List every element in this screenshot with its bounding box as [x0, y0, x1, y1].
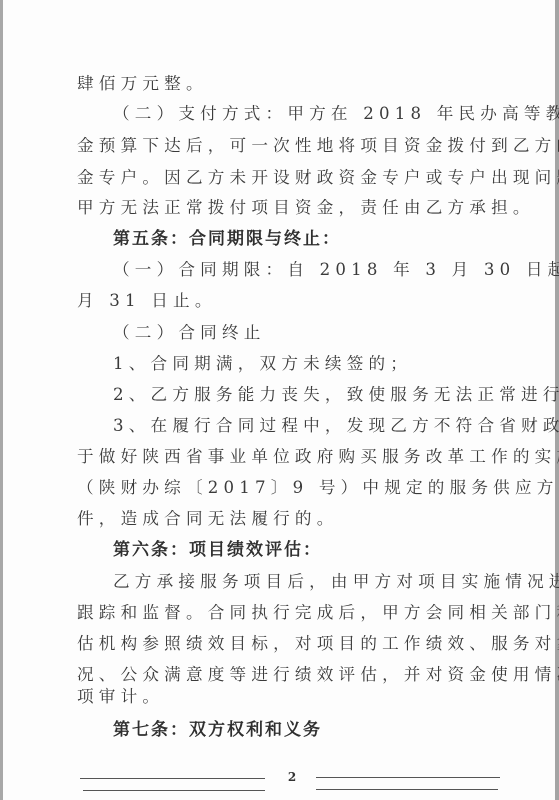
text-line: （一）合同期限：自 2018 年 3 月 30 日起至 2019 年 12 — [113, 258, 533, 282]
text-line: 跟踪和监督。合同执行完成后，甲方会同相关部门和社会评 — [77, 601, 497, 625]
section-heading-article-7: 第七条：双方权利和义务 — [113, 718, 533, 742]
document-page: 肆佰万元整。 （二）支付方式：甲方在 2018 年民办高等教育专项资 金预算下达… — [0, 0, 559, 800]
list-item: 3、在履行合同过程中，发现乙方不符合省财政厅《关 — [113, 414, 533, 438]
text-line: 项审计。 — [77, 685, 497, 709]
text-line: 金专户。因乙方未开设财政资金专户或专户出现问题，造成 — [77, 166, 497, 190]
text-line: （二）支付方式：甲方在 2018 年民办高等教育专项资 — [113, 102, 533, 126]
text-line: （二）合同终止 — [113, 321, 533, 345]
text-line: （陕财办综〔2017〕9 号）中规定的服务供应方应具备的条 — [77, 476, 497, 500]
section-heading-article-5: 第五条：合同期限与终止： — [113, 227, 533, 251]
footer-rule-left-bottom — [83, 790, 265, 791]
page-number: 2 — [285, 770, 299, 784]
text-line: 于做好陕西省事业单位政府购买服务改革工作的实施方案》 — [77, 445, 497, 469]
list-item: 2、乙方服务能力丧失，致使服务无法正常进行的； — [113, 383, 533, 407]
section-heading-article-6: 第六条：项目绩效评估： — [113, 538, 533, 562]
footer-rule-right-top — [316, 777, 500, 778]
text-line: 肆佰万元整。 — [77, 72, 497, 96]
list-item: 1、合同期满，双方未续签的； — [113, 352, 533, 376]
text-line: 乙方承接服务项目后，由甲方对项目实施情况进行全程 — [113, 570, 533, 594]
footer-rule-left-top — [80, 778, 265, 779]
text-line: 估机构参照绩效目标，对项目的工作绩效、服务对象受益情 — [77, 632, 497, 656]
footer-rule-right-bottom — [316, 789, 498, 790]
text-line: 况、公众满意度等进行绩效评估，并对资金使用情况进行专 — [77, 663, 497, 687]
text-line: 金预算下达后，可一次性地将项目资金拨付到乙方的财政资 — [77, 134, 497, 158]
text-line: 件，造成合同无法履行的。 — [77, 507, 497, 531]
text-line: 月 31 日止。 — [77, 289, 497, 313]
text-line: 甲方无法正常拨付项目资金，责任由乙方承担。 — [77, 196, 497, 220]
